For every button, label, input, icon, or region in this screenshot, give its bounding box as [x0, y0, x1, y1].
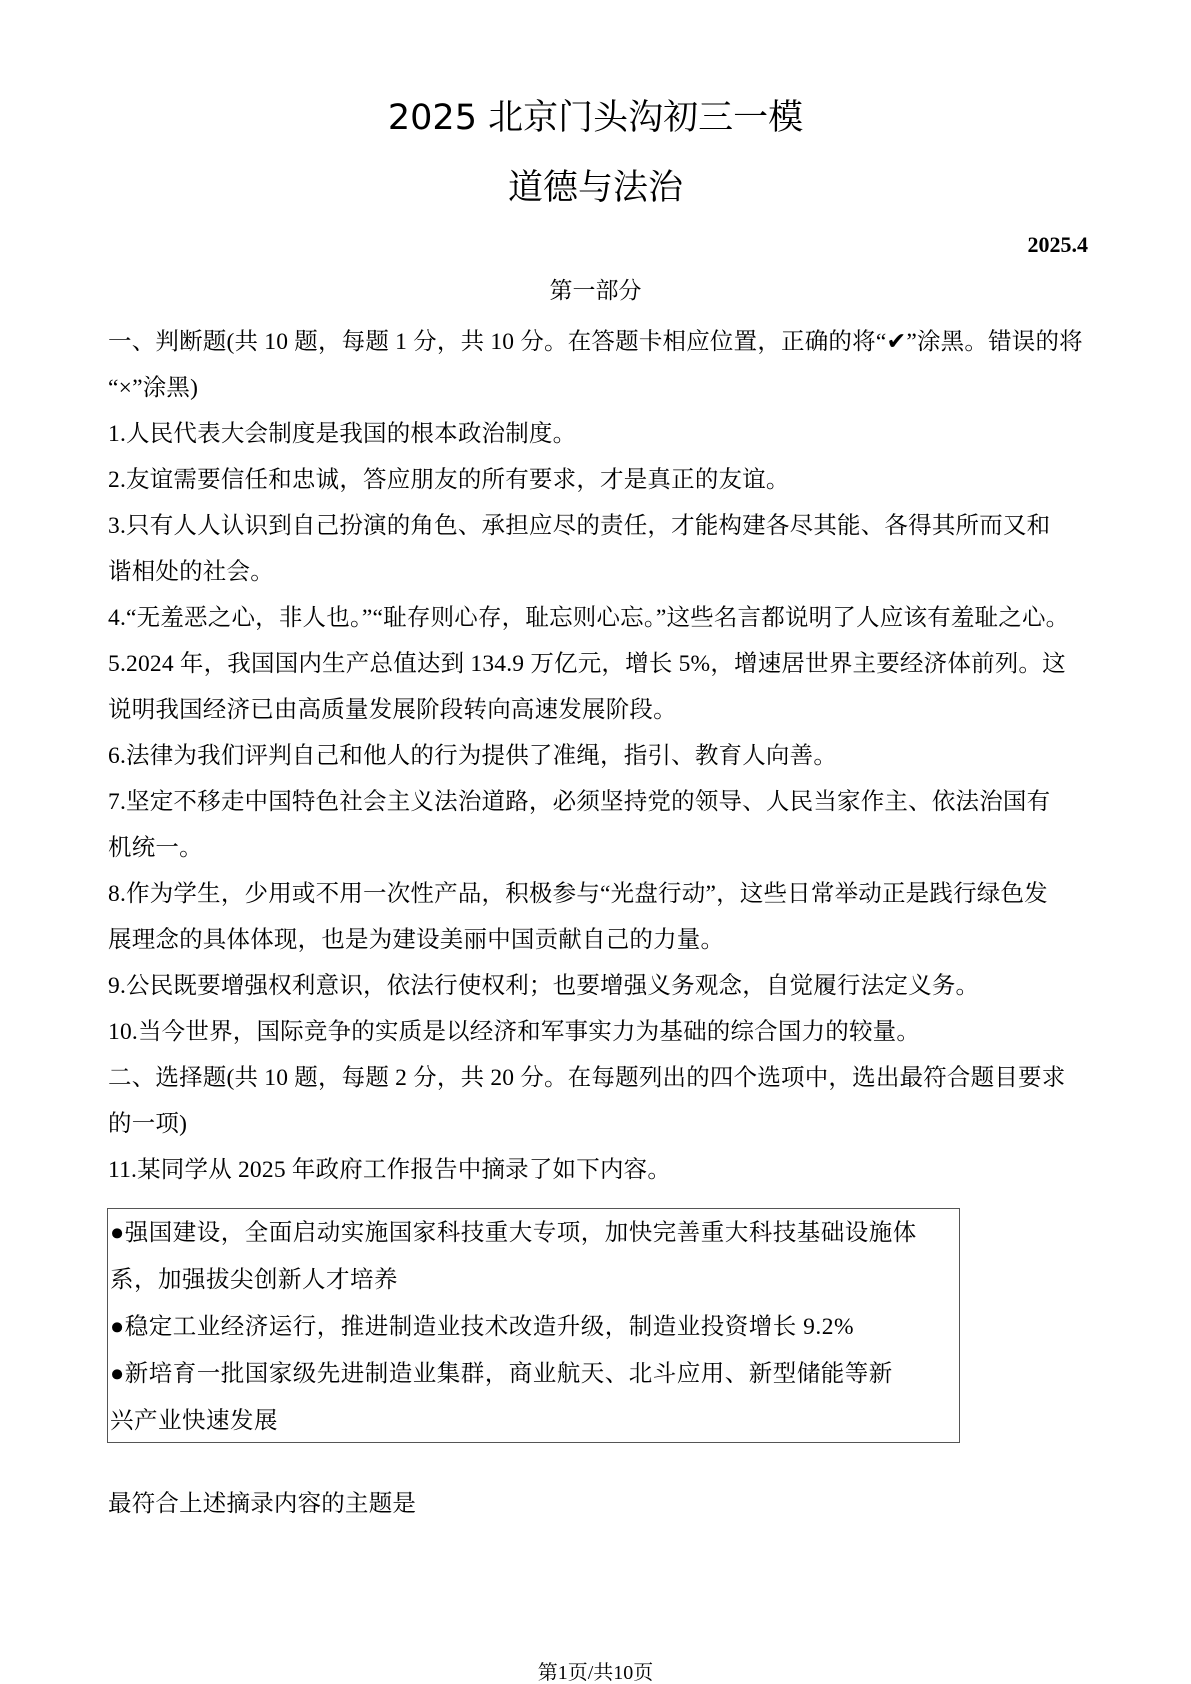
- section1-instructions: 一、判断题(共 10 题，每题 1 分，共 10 分。在答题卡相应位置，正确的将…: [108, 322, 1083, 356]
- excerpt-line: 系，加强拔尖创新人才培养: [110, 1260, 398, 1294]
- question-11-stem: 11.某同学从 2025 年政府工作报告中摘录了如下内容。: [108, 1150, 671, 1184]
- question-8: 8.作为学生，少用或不用一次性产品，积极参与“光盘行动”，这些日常举动正是践行绿…: [108, 874, 1048, 908]
- subject-title: 道德与法治: [0, 160, 1191, 210]
- exam-date: 2025.4: [1028, 232, 1089, 258]
- question-6: 6.法律为我们评判自己和他人的行为提供了准绳，指引、教育人向善。: [108, 736, 837, 770]
- question-2: 2.友谊需要信任和忠诚，答应朋友的所有要求，才是真正的友谊。: [108, 460, 790, 494]
- question-1: 1.人民代表大会制度是我国的根本政治制度。: [108, 414, 576, 448]
- question-11-prompt: 最符合上述摘录内容的主题是: [108, 1484, 416, 1518]
- excerpt-box: ●强国建设，全面启动实施国家科技重大专项，加快完善重大科技基础设施体 系，加强拔…: [107, 1208, 960, 1443]
- excerpt-line: ●新培育一批国家级先进制造业集群，商业航天、北斗应用、新型储能等新: [110, 1354, 893, 1388]
- page-number: 第1页/共10页: [0, 1656, 1191, 1684]
- part-heading: 第一部分: [0, 272, 1191, 305]
- question-7: 7.坚定不移走中国特色社会主义法治道路，必须坚持党的领导、人民当家作主、依法治国…: [108, 782, 1050, 816]
- section2-instructions: 二、选择题(共 10 题，每题 2 分，共 20 分。在每题列出的四个选项中，选…: [108, 1058, 1065, 1092]
- question-3: 3.只有人人认识到自己扮演的角色、承担应尽的责任，才能构建各尽其能、各得其所而又…: [108, 506, 1050, 540]
- section1-instructions-cont: “×”涂黑): [108, 368, 198, 402]
- question-7-cont: 机统一。: [108, 828, 203, 862]
- question-5-cont: 说明我国经济已由高质量发展阶段转向高速发展阶段。: [108, 690, 677, 724]
- question-3-cont: 谐相处的社会。: [108, 552, 274, 586]
- question-4: 4.“无羞恶之心，非人也。”“耻存则心存，耻忘则心忘。”这些名言都说明了人应该有…: [108, 598, 1069, 632]
- question-8-cont: 展理念的具体体现，也是为建设美丽中国贡献自己的力量。: [108, 920, 724, 954]
- question-5: 5.2024 年，我国国内生产总值达到 134.9 万亿元，增长 5%，增速居世…: [108, 644, 1066, 678]
- excerpt-line: ●强国建设，全面启动实施国家科技重大专项，加快完善重大科技基础设施体: [110, 1213, 917, 1247]
- section2-instructions-cont: 的一项): [108, 1104, 187, 1138]
- question-9: 9.公民既要增强权利意识，依法行使权利；也要增强义务观念，自觉履行法定义务。: [108, 966, 979, 1000]
- exam-title: 2025 北京门头沟初三一模: [0, 90, 1191, 140]
- excerpt-line: 兴产业快速发展: [110, 1401, 278, 1435]
- excerpt-line: ●稳定工业经济运行，推进制造业技术改造升级，制造业投资增长 9.2%: [110, 1307, 854, 1341]
- question-10: 10.当今世界，国际竞争的实质是以经济和军事实力为基础的综合国力的较量。: [108, 1012, 920, 1046]
